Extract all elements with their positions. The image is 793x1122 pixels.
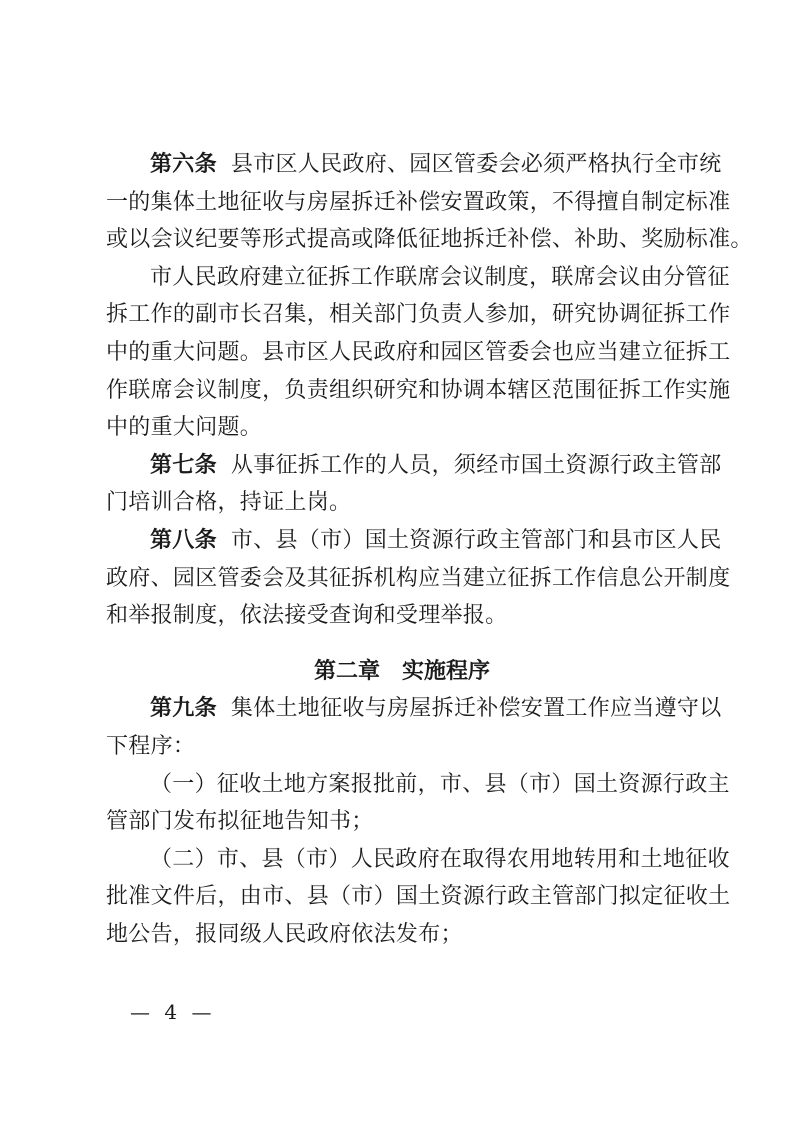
text-line: 作联席会议制度，负责组织研究和协调本辖区范围征拆工作实施: [106, 372, 698, 410]
article-label: 第九条: [150, 696, 217, 721]
text-line: 政府、园区管委会及其征拆机构应当建立征拆工作信息公开制度: [106, 560, 698, 598]
text-line: （二）市、县（市）人民政府在取得农用地转用和土地征收: [106, 841, 698, 879]
text-line: 市人民政府建立征拆工作联席会议制度，联席会议由分管征: [106, 259, 698, 297]
text-line: 第八条市、县（市）国土资源行政主管部门和县市区人民: [106, 522, 698, 560]
chapter-title: 实施程序: [402, 659, 490, 684]
text-line: 中的重大问题。县市区人民政府和园区管委会也应当建立征拆工: [106, 334, 698, 372]
article-6-paragraph-2: 市人民政府建立征拆工作联席会议制度，联席会议由分管征 拆工作的副市长召集，相关部…: [106, 259, 698, 447]
text-line: （一）征收土地方案报批前，市、县（市）国土资源行政主: [106, 766, 698, 804]
text-line: 下程序：: [106, 728, 698, 766]
article-9: 第九条集体土地征收与房屋拆迁补偿安置工作应当遵守以 下程序：: [106, 690, 698, 765]
article-label: 第八条: [150, 528, 217, 553]
chapter-number: 第二章: [314, 659, 380, 684]
document-page: 第六条县市区人民政府、园区管委会必须严格执行全市统 一的集体土地征收与房屋拆迁补…: [106, 146, 698, 953]
text-line: 管部门发布拟征地告知书；: [106, 803, 698, 841]
article-7: 第七条从事征拆工作的人员，须经市国土资源行政主管部 门培训合格，持证上岗。: [106, 447, 698, 522]
text-line: 第九条集体土地征收与房屋拆迁补偿安置工作应当遵守以: [106, 690, 698, 728]
text-line: 和举报制度，依法接受查询和受理举报。: [106, 597, 698, 635]
text-line: 第七条从事征拆工作的人员，须经市国土资源行政主管部: [106, 447, 698, 485]
text-line: 门培训合格，持证上岗。: [106, 484, 698, 522]
procedure-item-1: （一）征收土地方案报批前，市、县（市）国土资源行政主 管部门发布拟征地告知书；: [106, 766, 698, 841]
article-label: 第六条: [150, 152, 217, 177]
text-line: 一的集体土地征收与房屋拆迁补偿安置政策，不得擅自制定标准: [106, 184, 698, 222]
text-line: 第六条县市区人民政府、园区管委会必须严格执行全市统: [106, 146, 698, 184]
procedure-item-2: （二）市、县（市）人民政府在取得农用地转用和土地征收 批准文件后，由市、县（市）…: [106, 841, 698, 954]
text-line: 或以会议纪要等形式提高或降低征地拆迁补偿、补助、奖励标准。: [106, 221, 698, 259]
text-line: 批准文件后，由市、县（市）国土资源行政主管部门拟定征收土: [106, 878, 698, 916]
chapter-heading: 第二章实施程序: [106, 653, 698, 691]
article-label: 第七条: [150, 453, 217, 478]
text-line: 中的重大问题。: [106, 409, 698, 447]
page-number: — 4 —: [130, 1000, 215, 1024]
text-line: 地公告，报同级人民政府依法发布；: [106, 916, 698, 954]
article-6: 第六条县市区人民政府、园区管委会必须严格执行全市统 一的集体土地征收与房屋拆迁补…: [106, 146, 698, 259]
article-8: 第八条市、县（市）国土资源行政主管部门和县市区人民 政府、园区管委会及其征拆机构…: [106, 522, 698, 635]
text-line: 拆工作的副市长召集，相关部门负责人参加，研究协调征拆工作: [106, 296, 698, 334]
